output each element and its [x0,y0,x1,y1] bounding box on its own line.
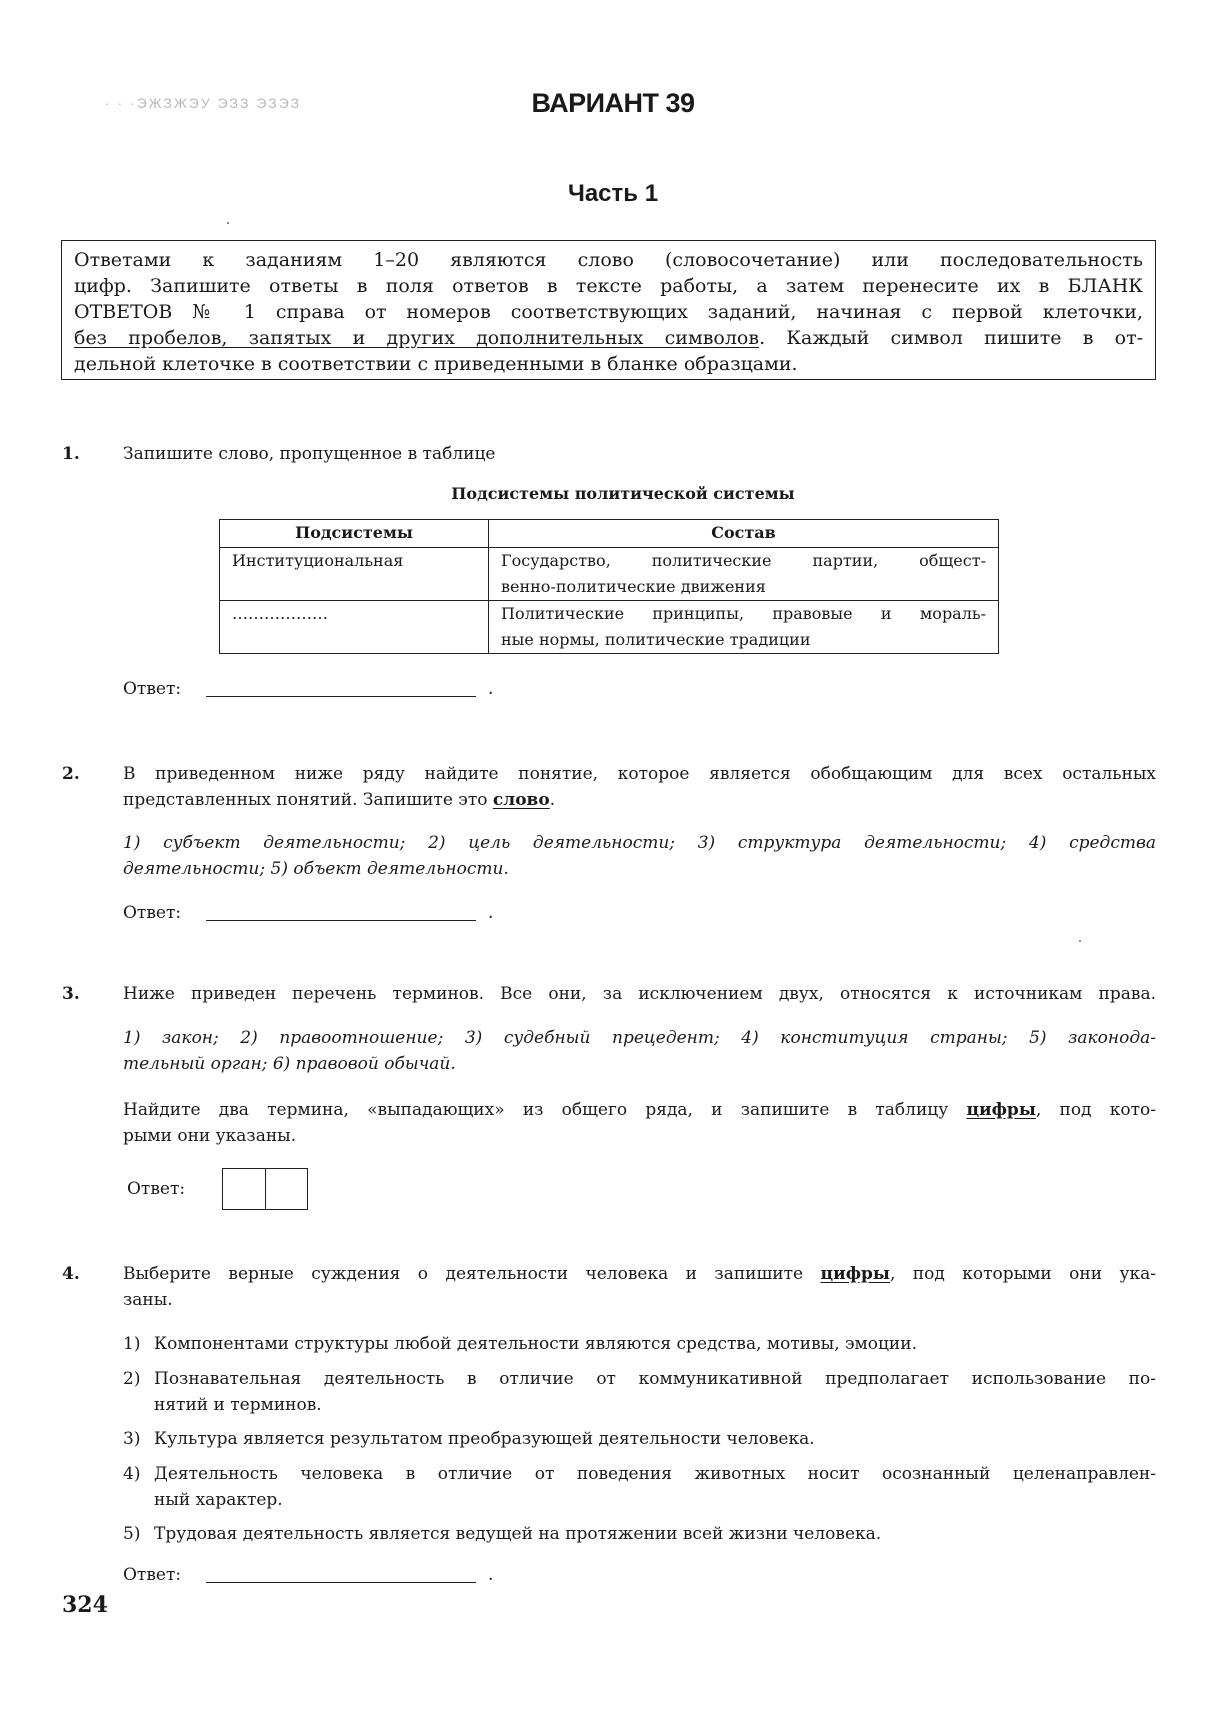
series-line: 1) закон; 2) правоотношение; 3) судебный… [123,1025,1156,1051]
option-text: Деятельность человека в отличие от повед… [154,1461,1156,1513]
series-line: деятельности; 5) объект деятельности. [123,856,1156,882]
cell-line: ные нормы, политические традиции [501,630,810,649]
option-number: 1) [123,1331,140,1357]
question-emphasis: цифры [821,1264,890,1284]
question-2-series: 1) субъект деятельности; 2) цель деятель… [123,830,1156,882]
answer-label: Ответ: [123,1565,181,1585]
question-text-line: Выберите верные суждения о деятельности … [123,1261,1156,1287]
answer-label: Ответ: [123,903,181,923]
question-text-line: В приведенном ниже ряду найдите понятие,… [123,761,1156,787]
question-text: Выберите верные суждения о деятельности … [123,1264,821,1284]
scan-speck [227,222,229,224]
answer-terminator: . [488,1565,493,1585]
page-number: 324 [62,1592,108,1618]
table-cell-missing-subsystem: ……………… [220,601,489,654]
option-1: 1) Компонентами структуры любой деятельн… [123,1331,1156,1357]
question-text: , под которыми они ука- [890,1264,1156,1284]
answer-cell[interactable] [265,1169,308,1209]
option-number: 3) [123,1426,140,1452]
instructions-line: цифр. Запишите ответы в поля ответов в т… [74,273,1143,299]
table-cell-subsystem: Институциональная [220,548,489,601]
question-3-task: Найдите два термина, «выпадающих» из общ… [123,1097,1156,1149]
question-1-number: 1. [62,444,80,464]
variant-title: ВАРИАНТ 39 [0,88,1216,119]
table-cell-composition: Политические принципы, правовые и мораль… [489,601,999,654]
instructions-line: Ответами к заданиям 1–20 являются слово … [74,247,1143,273]
option-3: 3) Культура является результатом преобра… [123,1426,1156,1452]
answer-terminator: . [488,679,493,699]
question-3-number: 3. [62,984,80,1004]
question-text: представленных понятий. Запишите это [123,790,493,810]
question-text: Найдите два термина, «выпадающих» из общ… [123,1100,966,1120]
table-header-row: Подсистемы Состав [220,520,999,548]
cell-line: венно-политические движения [501,577,766,596]
instructions-box: Ответами к заданиям 1–20 являются слово … [61,240,1156,380]
instructions-line: дельной клеточке в соответствии с привед… [74,351,1143,377]
answer-label: Ответ: [123,679,181,699]
table-header-composition: Состав [489,520,999,548]
question-2-text: В приведенном ниже ряду найдите понятие,… [123,761,1156,813]
question-4-number: 4. [62,1264,80,1284]
subsystems-table: Подсистемы Состав Институциональная Госу… [219,519,999,654]
option-number: 4) [123,1461,140,1487]
option-text: Познавательная деятельность в отличие от… [154,1366,1156,1418]
question-text-line: Найдите два термина, «выпадающих» из общ… [123,1097,1156,1123]
option-text: Трудовая деятельность является ведущей н… [154,1521,1156,1547]
cell-line: Политические принципы, правовые и мораль… [501,601,986,627]
table-cell-composition: Государство, политические партии, общест… [489,548,999,601]
cell-line: Государство, политические партии, общест… [501,548,986,574]
option-number: 2) [123,1366,140,1392]
option-line: ный характер. [154,1490,283,1510]
question-3-series: 1) закон; 2) правоотношение; 3) судебный… [123,1025,1156,1077]
question-text: . [550,790,555,810]
option-text: Культура является результатом преобразую… [154,1426,1156,1452]
instructions-line: без пробелов, запятых и других дополните… [74,325,1143,351]
question-emphasis: цифры [966,1100,1035,1120]
option-number: 5) [123,1521,140,1547]
question-emphasis: слово [493,790,550,810]
answer-field-q4[interactable] [206,1582,476,1583]
question-3-text: Ниже приведен перечень терминов. Все они… [123,981,1156,1007]
scan-speck [1079,940,1081,942]
option-2: 2) Познавательная деятельность в отличие… [123,1366,1156,1418]
question-2-number: 2. [62,764,80,784]
option-line: Деятельность человека в отличие от повед… [154,1461,1156,1487]
answer-field-q2[interactable] [206,920,476,921]
part-title: Часть 1 [0,180,1216,208]
answer-label: Ответ: [127,1179,185,1199]
table-row: ……………… Политические принципы, правовые и… [220,601,999,654]
question-text-line: заны. [123,1287,1156,1313]
answer-grid-q3 [222,1168,308,1210]
instructions-emphasis: без пробелов, запятых и других дополните… [74,327,759,349]
question-text-line: представленных понятий. Запишите это сло… [123,787,1156,813]
series-line: тельный орган; 6) правовой обычай. [123,1051,1156,1077]
option-text: Компонентами структуры любой деятельност… [154,1331,1156,1357]
question-text-line: рыми они указаны. [123,1123,1156,1149]
answer-terminator: . [488,903,493,923]
question-4-text: Выберите верные суждения о деятельности … [123,1261,1156,1313]
question-text-line: Ниже приведен перечень терминов. Все они… [123,981,1156,1007]
option-5: 5) Трудовая деятельность является ведуще… [123,1521,1156,1547]
answer-cell[interactable] [223,1169,265,1209]
option-4: 4) Деятельность человека в отличие от по… [123,1461,1156,1513]
instructions-text: . Каждый символ пишите в от- [759,327,1143,349]
option-line: Компонентами структуры любой деятельност… [154,1334,917,1354]
table-row: Институциональная Государство, политичес… [220,548,999,601]
series-line: 1) субъект деятельности; 2) цель деятель… [123,830,1156,856]
option-line: Трудовая деятельность является ведущей н… [154,1524,881,1544]
question-text: , под кото- [1036,1100,1156,1120]
option-line: Познавательная деятельность в отличие от… [154,1366,1156,1392]
answer-field-q1[interactable] [206,696,476,697]
table-title: Подсистемы политической системы [0,484,1216,503]
question-1-text: Запишите слово, пропущенное в таблице [123,441,1156,467]
option-line: Культура является результатом преобразую… [154,1429,815,1449]
instructions-line: ОТВЕТОВ № 1 справа от номеров соответств… [74,299,1143,325]
option-line: нятий и терминов. [154,1395,322,1415]
table-header-subsystems: Подсистемы [220,520,489,548]
